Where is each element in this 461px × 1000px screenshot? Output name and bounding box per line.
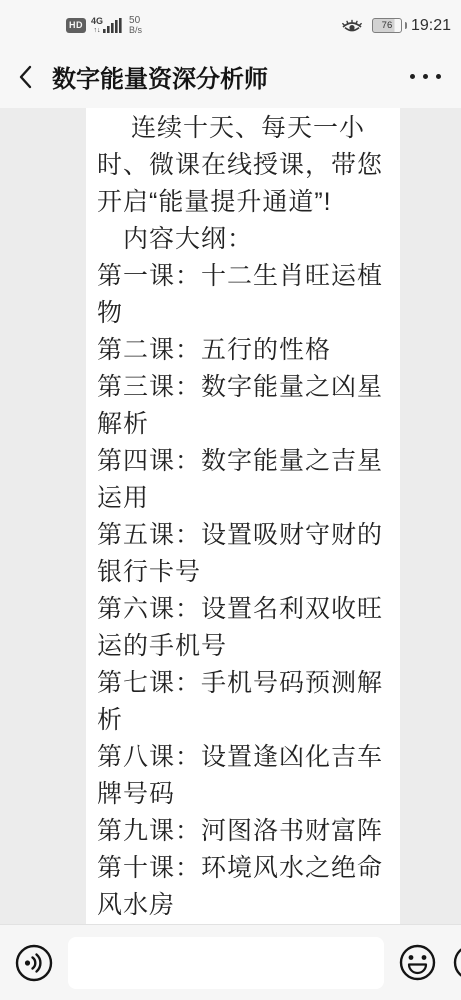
network-speed: 50 B/s bbox=[129, 15, 142, 36]
network-indicator: 4G ↑↓ bbox=[91, 17, 123, 34]
network-type-label: 4G bbox=[91, 17, 103, 26]
speed-unit: B/s bbox=[129, 26, 142, 36]
clock-time: 19:21 bbox=[411, 17, 451, 35]
plus-icon[interactable] bbox=[452, 943, 461, 982]
status-right-cluster: 76 19:21 bbox=[341, 17, 451, 35]
incoming-message-bubble[interactable]: 连续十天、每天一小时、微课在线授课，带您开启“能量提升通道”! 内容大纲： 第一… bbox=[86, 108, 400, 924]
signal-bars-icon bbox=[103, 18, 123, 34]
status-left-cluster: HD 4G ↑↓ 50 B/s bbox=[66, 15, 142, 36]
hd-badge-icon: HD bbox=[66, 18, 86, 33]
more-icon[interactable] bbox=[408, 68, 443, 85]
back-icon[interactable] bbox=[18, 64, 33, 90]
battery-percent: 76 bbox=[382, 21, 393, 31]
nav-bar: 数字能量资深分析师 bbox=[0, 45, 461, 108]
battery-icon: 76 bbox=[372, 18, 402, 33]
message-input[interactable] bbox=[68, 937, 384, 989]
chat-input-bar bbox=[0, 924, 461, 1000]
voice-icon[interactable] bbox=[14, 943, 54, 983]
emoji-icon[interactable] bbox=[398, 943, 437, 982]
chat-title: 数字能量资深分析师 bbox=[52, 59, 408, 94]
network-arrows-icon: ↑↓ bbox=[94, 27, 101, 34]
status-bar: HD 4G ↑↓ 50 B/s bbox=[0, 0, 461, 45]
battery-cap bbox=[405, 22, 407, 29]
chat-area: 连续十天、每天一小时、微课在线授课，带您开启“能量提升通道”! 内容大纲： 第一… bbox=[0, 108, 461, 924]
eye-comfort-icon bbox=[341, 18, 363, 34]
phone-screen: HD 4G ↑↓ 50 B/s bbox=[0, 0, 461, 1000]
message-text: 连续十天、每天一小时、微课在线授课，带您开启“能量提升通道”! 内容大纲： 第一… bbox=[97, 110, 389, 924]
